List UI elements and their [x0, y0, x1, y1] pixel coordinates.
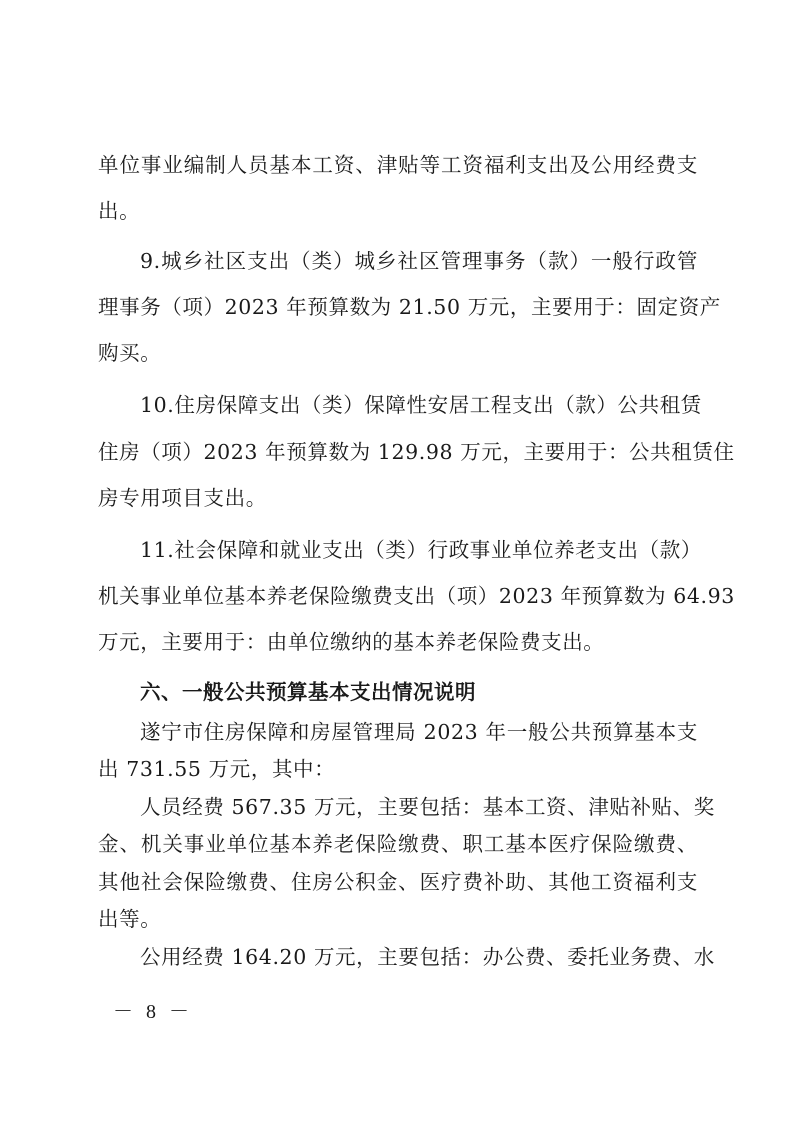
text-line: 金、机关事业单位基本养老保险缴费、职工基本医疗保险缴费、: [98, 832, 698, 856]
text-line: 房专用项目支出。: [98, 486, 698, 510]
text-line: 10.住房保障支出（类）保障性安居工程支出（款）公共租赁: [140, 393, 698, 417]
text-line: 人员经费 567.35 万元，主要包括：基本工资、津贴补贴、奖: [140, 795, 698, 819]
page-number: － 8 －: [113, 995, 193, 1024]
text-line: 万元，主要用于：由单位缴纳的基本养老保险费支出。: [98, 630, 698, 654]
text-line: 出。: [98, 199, 698, 223]
document-page: 单位事业编制人员基本工资、津贴等工资福利支出及公用经费支出。9.城乡社区支出（类…: [0, 0, 793, 1122]
text-line: 出 731.55 万元，其中：: [98, 757, 698, 781]
text-line: 出等。: [98, 907, 698, 931]
text-line: 购买。: [98, 341, 698, 365]
text-line: 遂宁市住房保障和房屋管理局 2023 年一般公共预算基本支: [140, 720, 698, 744]
text-line: 单位事业编制人员基本工资、津贴等工资福利支出及公用经费支: [98, 153, 698, 177]
text-line: 11.社会保障和就业支出（类）行政事业单位养老支出（款）: [140, 538, 698, 562]
text-line: 住房（项）2023 年预算数为 129.98 万元，主要用于：公共租赁住: [98, 440, 698, 464]
section-heading: 六、一般公共预算基本支出情况说明: [140, 680, 740, 704]
text-line: 机关事业单位基本养老保险缴费支出（项）2023 年预算数为 64.93: [98, 584, 698, 608]
text-line: 理事务（项）2023 年预算数为 21.50 万元，主要用于：固定资产: [98, 295, 698, 319]
text-line: 9.城乡社区支出（类）城乡社区管理事务（款）一般行政管: [140, 249, 698, 273]
text-line: 公用经费 164.20 万元，主要包括：办公费、委托业务费、水: [140, 945, 698, 969]
text-line: 其他社会保险缴费、住房公积金、医疗费补助、其他工资福利支: [98, 870, 698, 894]
